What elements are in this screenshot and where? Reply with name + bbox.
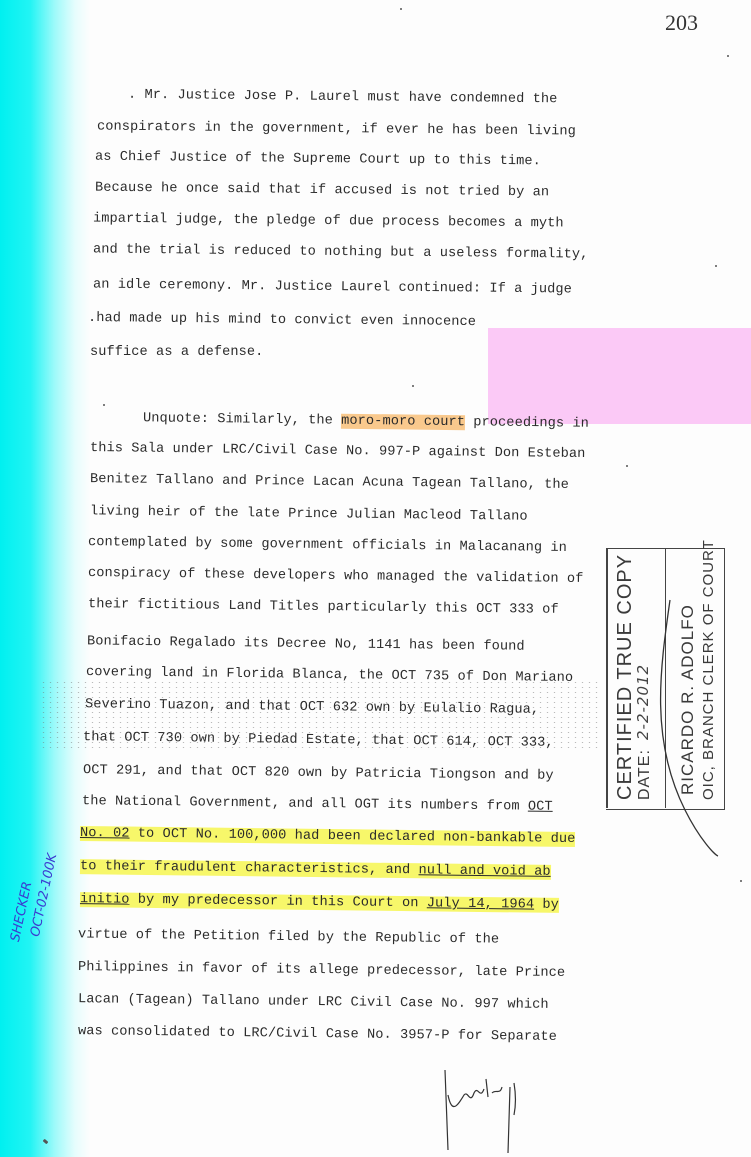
highlighted-line: to their fraudulent characteristics, and… [80, 859, 551, 880]
scan-dot [626, 465, 628, 467]
text-line: .had made up his mind to convict even in… [88, 311, 476, 330]
underlined-text: OCT [528, 800, 553, 815]
text-span: by [534, 898, 559, 913]
scan-dot [715, 265, 717, 267]
scan-dot [103, 404, 105, 406]
text-line: this Sala under LRC/Civil Case No. 997-P… [90, 441, 586, 462]
underlined-text: null and void ab [418, 863, 550, 880]
highlighted-line: No. 02 to OCT No. 100,000 had been decla… [80, 826, 576, 847]
text-line: living heir of the late Prince Julian Ma… [90, 504, 528, 524]
scan-dot [412, 385, 414, 387]
underlined-text: No. 02 [80, 826, 130, 842]
text-line: as Chief Justice of the Supreme Court up… [95, 150, 541, 170]
text-line: the National Government, and all OGT its… [82, 794, 553, 815]
scan-dot [740, 880, 742, 882]
highlighted-phrase: moro-moro court [341, 414, 465, 431]
stamp-signature-stroke [630, 580, 730, 860]
text-span: Unquote: Similarly, the [143, 411, 341, 428]
text-line: Because he once said that if accused is … [95, 181, 549, 201]
signature [430, 1065, 570, 1155]
text-span: proceedings in [465, 415, 589, 432]
stamp-left-border [606, 548, 608, 808]
text-span: the National Government, and all OGT its… [82, 794, 528, 814]
scan-edge-cyan [0, 0, 90, 1157]
text-line: was consolidated to LRC/Civil Case No. 3… [78, 1024, 557, 1045]
text-line: and the trial is reduced to nothing but … [93, 242, 589, 262]
text-line: suffice as a defense. [90, 345, 263, 360]
sticky-note-redaction [488, 328, 751, 424]
text-span: to their fraudulent characteristics, and [80, 859, 419, 878]
underlined-text: initio [80, 892, 130, 908]
text-span: by my predecessor in this Court on [129, 893, 426, 912]
text-line: conspiracy of these developers who manag… [88, 566, 584, 587]
text-line: an idle ceremony. Mr. Justice Laurel con… [93, 277, 572, 297]
scan-dot [727, 55, 729, 57]
text-line: Lacan (Tagean) Tallano under LRC Civil C… [78, 992, 549, 1013]
text-line: Philippines in favor of its allege prede… [78, 960, 565, 981]
text-line: contemplated by some government official… [88, 535, 567, 556]
text-line: conspirators in the government, if ever … [97, 119, 576, 139]
text-line: OCT 291, and that OCT 820 own by Patrici… [83, 763, 554, 784]
text-line: Bonifacio Regalado its Decree No, 1141 h… [87, 634, 525, 654]
text-line: Benitez Tallano and Prince Lacan Acuna T… [90, 472, 569, 493]
text-span: to OCT No. 100,000 had been declared non… [129, 827, 575, 847]
underlined-date: July 14, 1964 [427, 896, 535, 912]
highlighted-line: initio by my predecessor in this Court o… [80, 892, 559, 913]
text-line: their fictitious Land Titles particularl… [88, 597, 559, 618]
text-line: virtue of the Petition filed by the Repu… [78, 927, 499, 947]
scan-dot [400, 8, 402, 10]
text-line: . Mr. Justice Jose P. Laurel must have c… [128, 88, 558, 107]
page-number: 203 [665, 10, 698, 36]
text-line: impartial judge, the pledge of due proce… [93, 212, 564, 232]
